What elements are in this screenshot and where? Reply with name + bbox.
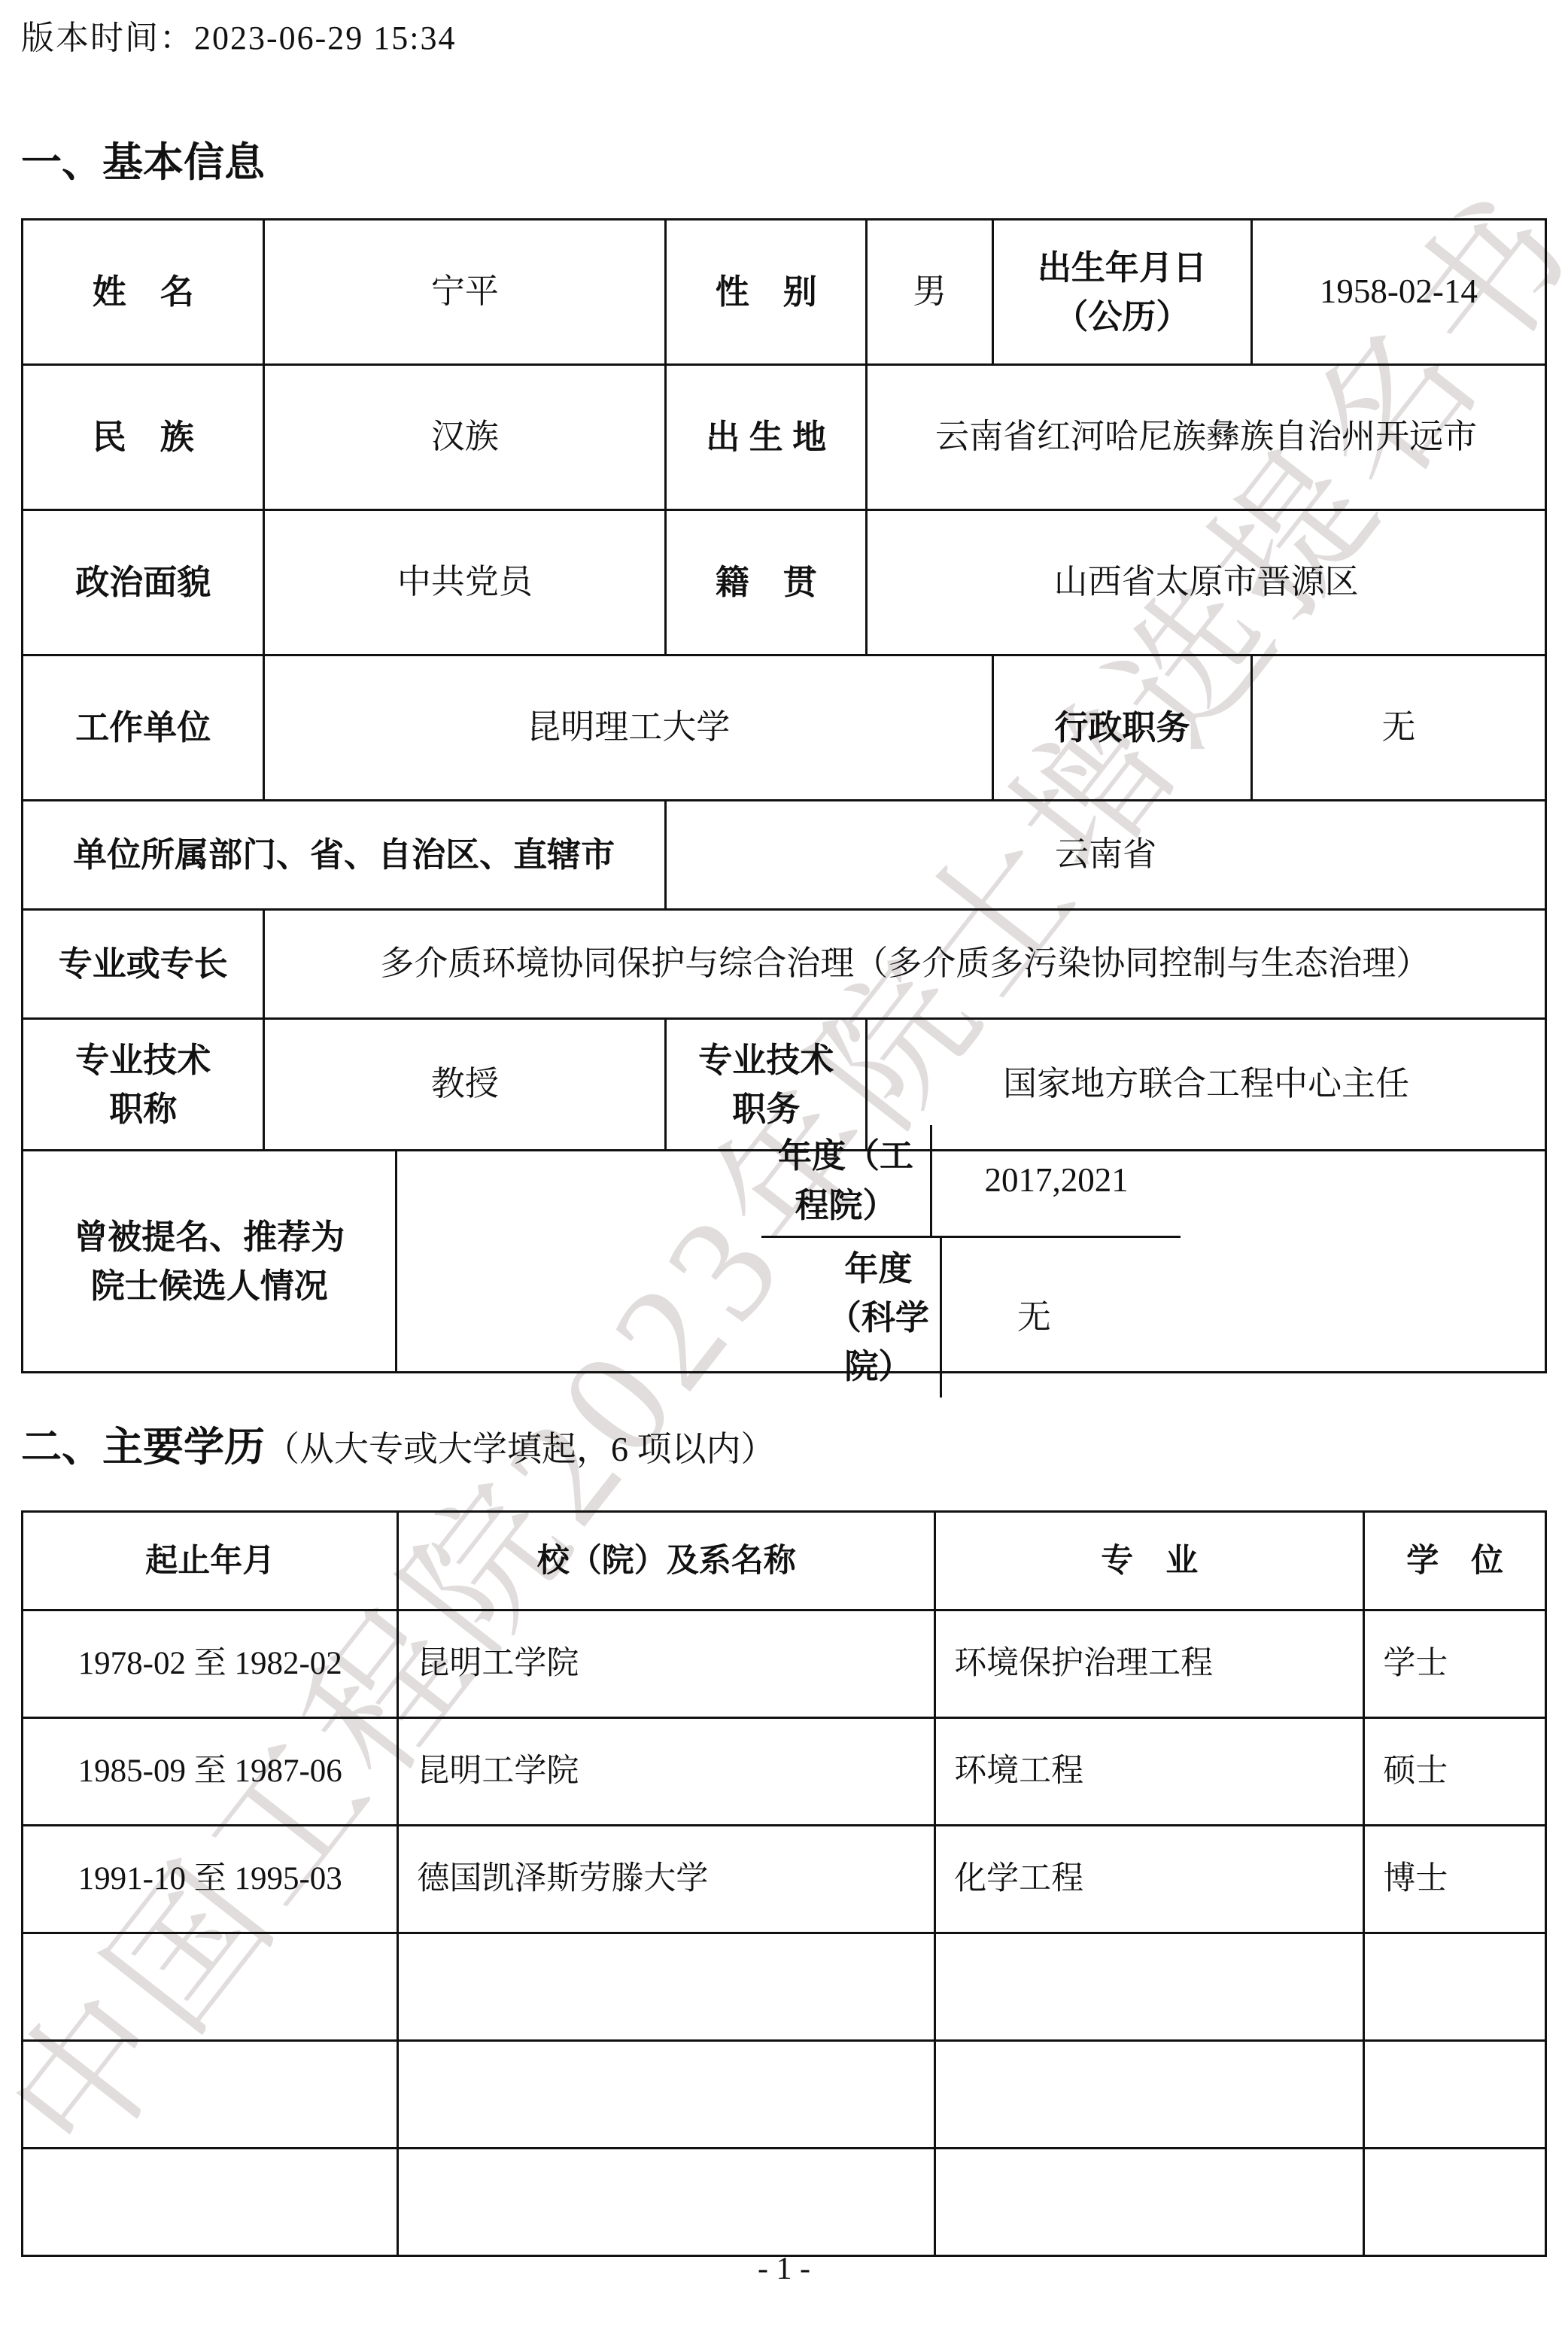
page-content: 版本时间：2023-06-29 15:34 一、基本信息 姓 名 宁平 性 别 … (0, 0, 1568, 2257)
edu-period (23, 2149, 399, 2255)
specialty-value: 多介质环境协同保护与综合治理（多介质多污染协同控制与生态治理） (265, 911, 1545, 1017)
birthplace-value: 云南省红河哈尼族彝族自治州开远市 (868, 366, 1545, 509)
edu-school: 德国凯泽斯劳滕大学 (399, 1826, 936, 1932)
native-place-value: 山西省太原市晋源区 (868, 511, 1545, 654)
basic-info-table: 姓 名 宁平 性 别 男 出生年月日 （公历） 1958-02-14 民 族 汉… (21, 218, 1547, 1373)
table-row: 政治面貌 中共党员 籍 贯 山西省太原市晋源区 (23, 511, 1545, 656)
tech-title-label: 专业技术 职称 (23, 1020, 265, 1149)
ethnicity-value: 汉族 (265, 366, 667, 509)
edu-degree: 学士 (1365, 1611, 1545, 1717)
edu-major (936, 2149, 1365, 2255)
education-row (23, 1934, 1545, 2042)
education-row (23, 2149, 1545, 2255)
edu-period: 1985-09 至 1987-06 (23, 1719, 399, 1824)
edu-school: 昆明工学院 (399, 1611, 936, 1717)
edu-school (399, 1934, 936, 2039)
edu-major: 化学工程 (936, 1826, 1365, 1932)
edu-period (23, 2042, 399, 2147)
edu-header-major: 专 业 (936, 1513, 1365, 1609)
engineering-year-value: 2017,2021 (932, 1125, 1181, 1236)
tech-title-value: 教授 (265, 1020, 667, 1149)
edu-degree (1365, 2149, 1545, 2255)
department-label: 单位所属部门、省、自治区、直辖市 (23, 801, 667, 908)
department-value: 云南省 (667, 801, 1545, 908)
birthdate-label: 出生年月日 （公历） (994, 221, 1253, 363)
table-row: 曾被提名、推荐为 院士候选人情况 年度（工程院） 2017,2021 年度（科学… (23, 1151, 1545, 1371)
political-status-value: 中共党员 (265, 511, 667, 654)
science-year-value: 无 (942, 1238, 1126, 1398)
specialty-label: 专业或专长 (23, 911, 265, 1017)
edu-school (399, 2042, 936, 2147)
page-number: - 1 - (0, 2251, 1568, 2287)
edu-school: 昆明工学院 (399, 1719, 936, 1824)
gender-label: 性 别 (667, 221, 868, 363)
edu-major (936, 2042, 1365, 2147)
gender-value: 男 (868, 221, 994, 363)
edu-period: 1978-02 至 1982-02 (23, 1611, 399, 1717)
edu-header-period: 起止年月 (23, 1513, 399, 1609)
education-row: 1978-02 至 1982-02 昆明工学院 环境保护治理工程 学士 (23, 1611, 1545, 1719)
edu-major: 环境工程 (936, 1719, 1365, 1824)
edu-degree (1365, 1934, 1545, 2039)
edu-school (399, 2149, 936, 2255)
name-value: 宁平 (265, 221, 667, 363)
table-row: 专业或专长 多介质环境协同保护与综合治理（多介质多污染协同控制与生态治理） (23, 911, 1545, 1020)
edu-degree: 硕士 (1365, 1719, 1545, 1824)
edu-major: 环境保护治理工程 (936, 1611, 1365, 1717)
edu-degree: 博士 (1365, 1826, 1545, 1932)
science-year-row: 年度（科学院） 无 (816, 1238, 1126, 1398)
edu-header-school: 校（院）及系名称 (399, 1513, 936, 1609)
admin-post-label: 行政职务 (994, 656, 1253, 799)
section1-title: 一、基本信息 (21, 130, 1547, 188)
edu-major (936, 1934, 1365, 2039)
engineering-year-label: 年度（工程院） (761, 1125, 932, 1236)
version-line: 版本时间：2023-06-29 15:34 (21, 11, 1547, 59)
science-year-label: 年度（科学院） (816, 1238, 942, 1398)
education-row: 1985-09 至 1987-06 昆明工学院 环境工程 硕士 (23, 1719, 1545, 1826)
political-status-label: 政治面貌 (23, 511, 265, 654)
education-table: 起止年月 校（院）及系名称 专 业 学 位 1978-02 至 1982-02 … (21, 1510, 1547, 2257)
section2-title-note: （从大专或大学填起，6 项以内） (265, 1430, 776, 1468)
name-label: 姓 名 (23, 221, 265, 363)
engineering-year-row: 年度（工程院） 2017,2021 (761, 1125, 1181, 1238)
education-header-row: 起止年月 校（院）及系名称 专 业 学 位 (23, 1513, 1545, 1611)
employer-value: 昆明理工大学 (265, 656, 994, 799)
edu-degree (1365, 2042, 1545, 2147)
birthdate-value: 1958-02-14 (1253, 221, 1545, 363)
education-row (23, 2042, 1545, 2149)
edu-header-degree: 学 位 (1365, 1513, 1545, 1609)
employer-label: 工作单位 (23, 656, 265, 799)
education-row: 1991-10 至 1995-03 德国凯泽斯劳滕大学 化学工程 博士 (23, 1826, 1545, 1934)
admin-post-value: 无 (1253, 656, 1545, 799)
section2-title: 二、主要学历（从大专或大学填起，6 项以内） (21, 1415, 1547, 1473)
birthplace-label: 出 生 地 (667, 366, 868, 509)
ethnicity-label: 民 族 (23, 366, 265, 509)
edu-period (23, 1934, 399, 2039)
table-row: 民 族 汉族 出 生 地 云南省红河哈尼族彝族自治州开远市 (23, 366, 1545, 511)
table-row: 单位所属部门、省、自治区、直辖市 云南省 (23, 801, 1545, 911)
table-row: 工作单位 昆明理工大学 行政职务 无 (23, 656, 1545, 801)
table-row: 姓 名 宁平 性 别 男 出生年月日 （公历） 1958-02-14 (23, 221, 1545, 366)
nominated-label: 曾被提名、推荐为 院士候选人情况 (23, 1151, 397, 1371)
section2-title-text: 二、主要学历 (21, 1425, 265, 1470)
edu-period: 1991-10 至 1995-03 (23, 1826, 399, 1932)
nominated-years-block: 年度（工程院） 2017,2021 年度（科学院） 无 (397, 1151, 1545, 1371)
native-place-label: 籍 贯 (667, 511, 868, 654)
